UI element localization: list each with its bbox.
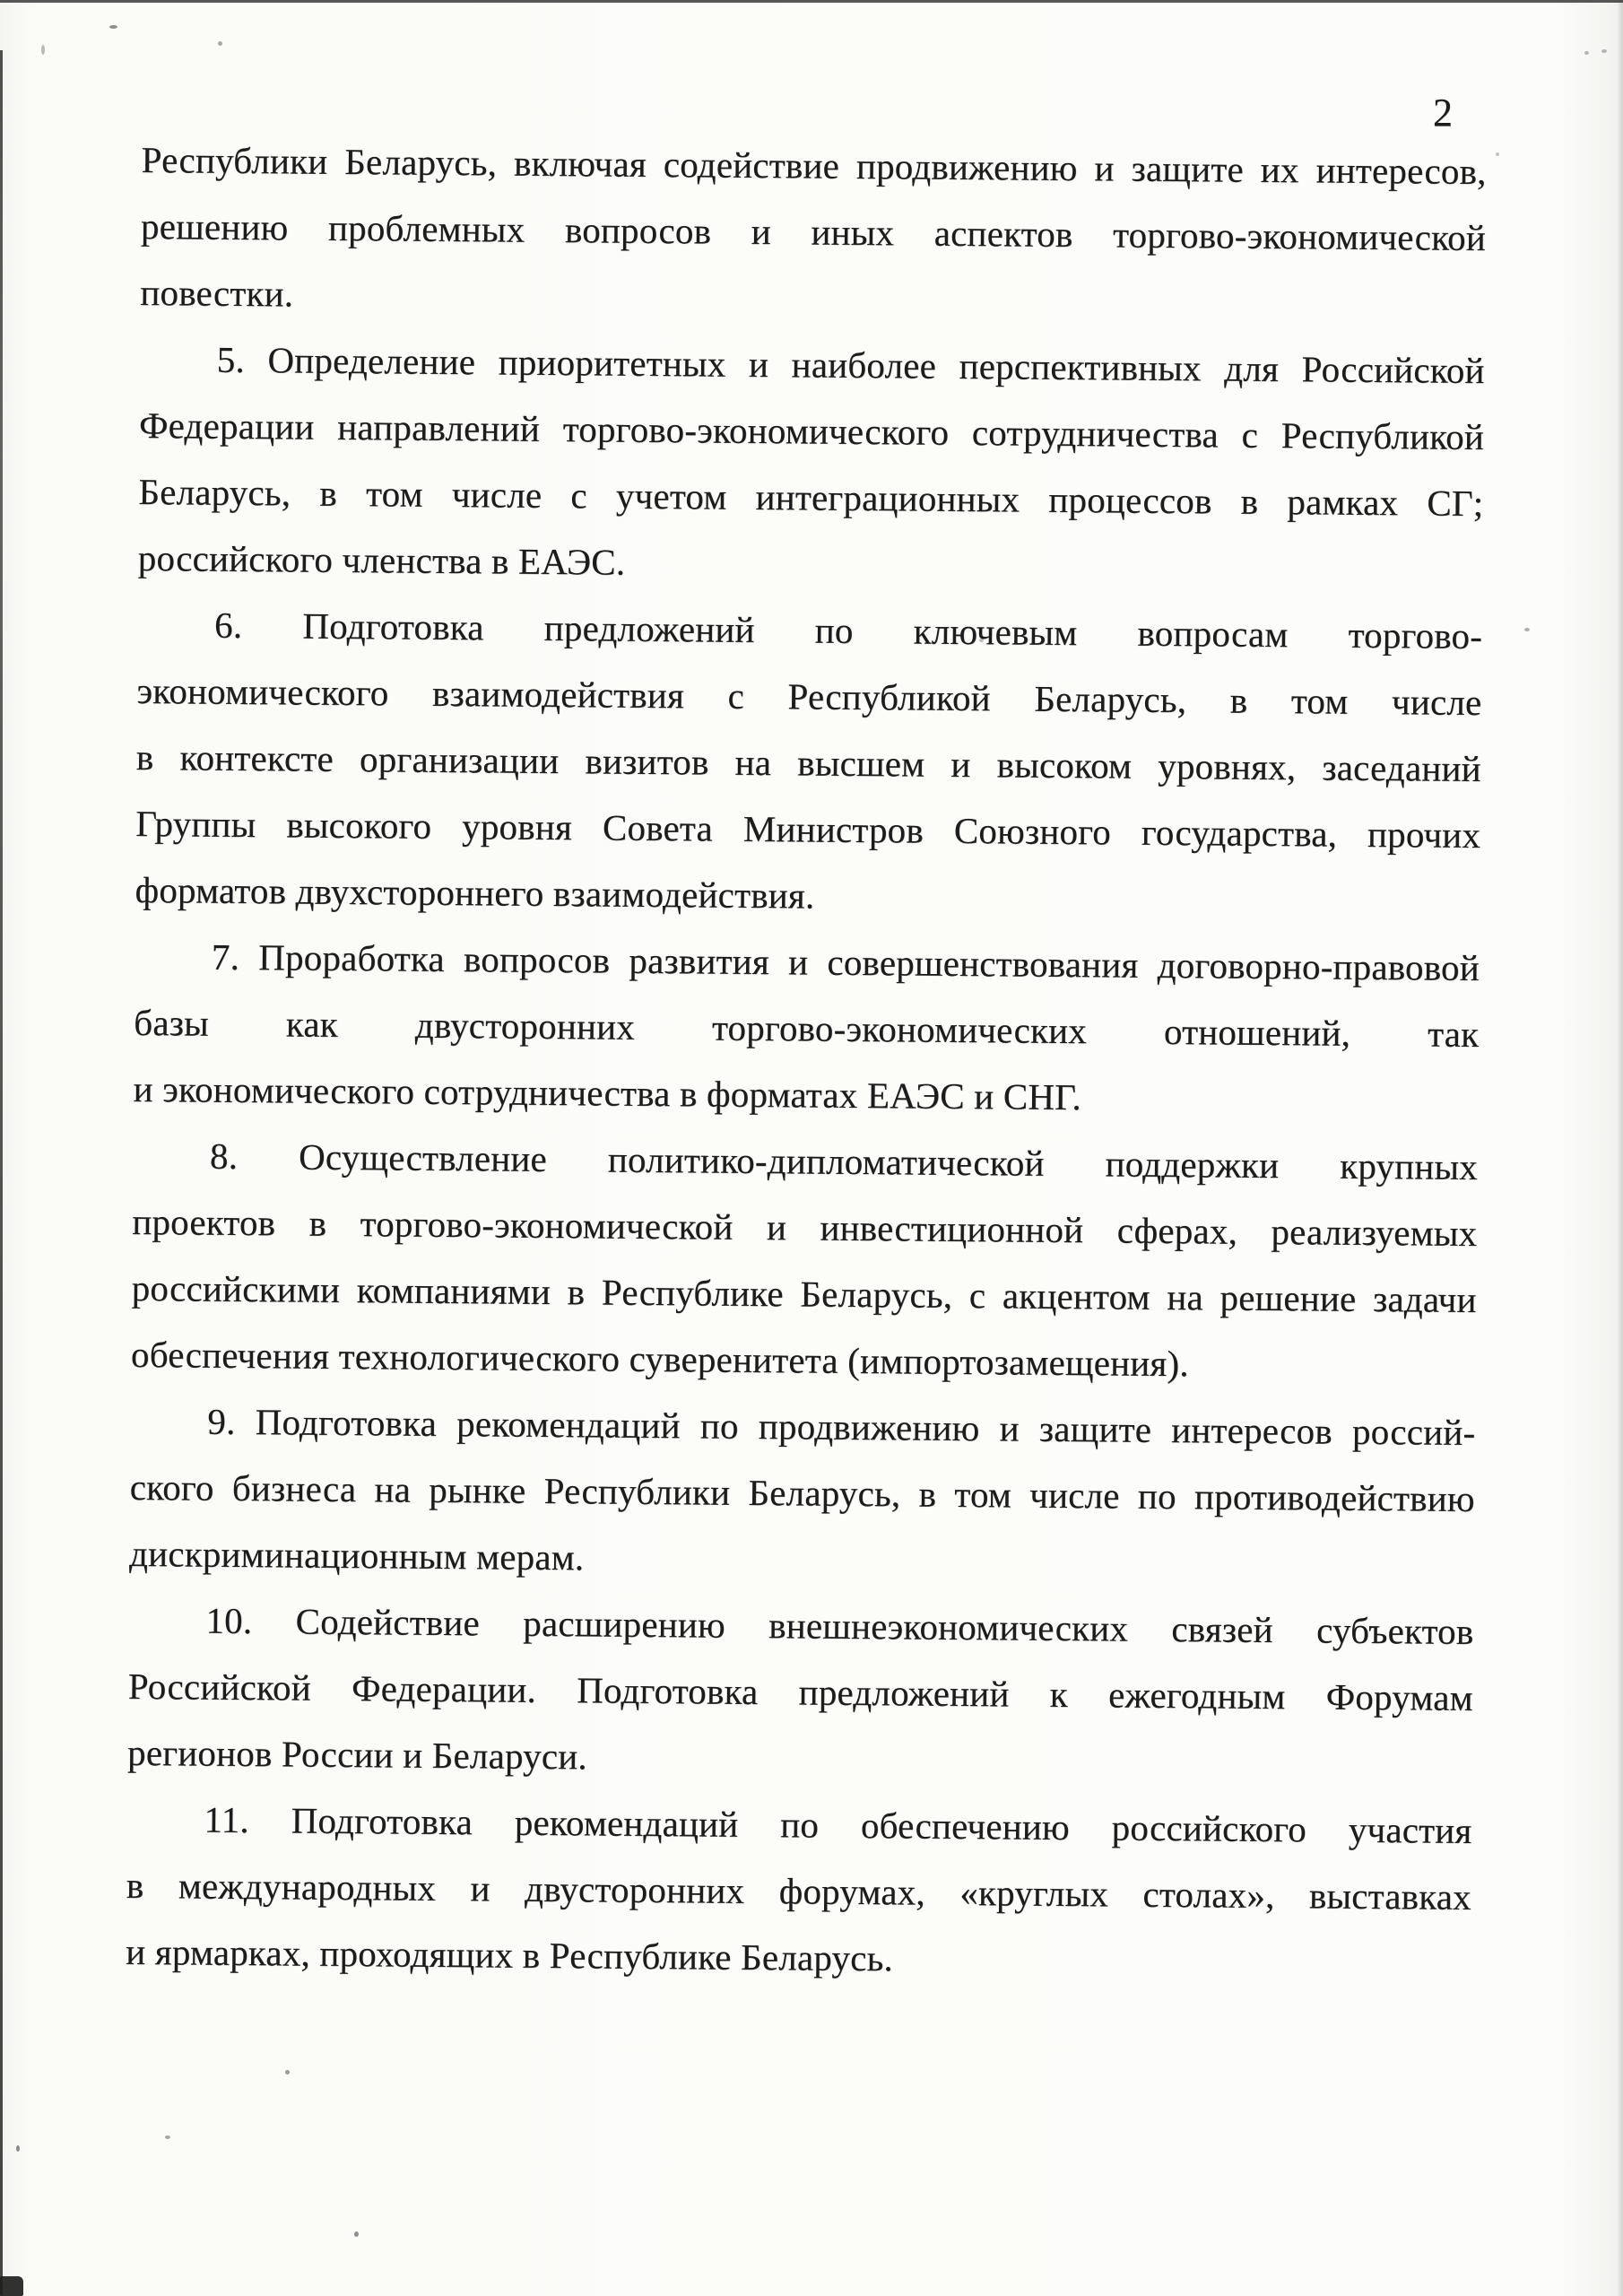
text-line: регионов России и Беларуси. [127, 1719, 1473, 1797]
text-line: и экономического сотрудничества в формат… [133, 1056, 1479, 1134]
paper-speck [1584, 51, 1589, 55]
paper-speck [16, 2145, 20, 2152]
text-line: Беларусь, в том числе с учетом интеграци… [138, 458, 1484, 536]
paragraph: 6. Подготовка предложений по ключевым во… [135, 591, 1482, 935]
scan-corner-blob [0, 2276, 23, 2296]
scanned-document-page: 2 Республики Беларусь, включая содействи… [0, 0, 1623, 2296]
text-line: повестки. [140, 259, 1486, 337]
text-line: 6. Подготовка предложений по ключевым во… [137, 591, 1483, 669]
scan-right-edge-shadow [1617, 0, 1623, 2296]
paper-speck [41, 45, 45, 55]
text-line: проектов в торгово-экономической и инвес… [132, 1188, 1478, 1266]
scan-top-edge-line [0, 0, 1623, 3]
paragraph: 11. Подготовка рекомендаций по обеспечен… [126, 1786, 1472, 1996]
text-line: Группы высокого уровня Совета Министров … [135, 790, 1481, 868]
paper-speck [1524, 628, 1530, 631]
text-line: 10. Содействие расширению внешнеэкономич… [128, 1587, 1474, 1665]
text-line: Республики Беларусь, включая содействие … [141, 126, 1487, 204]
paper-speck [165, 2135, 170, 2139]
text-line: решению проблемных вопросов и иных аспек… [141, 193, 1487, 271]
paragraph: 10. Содействие расширению внешнеэкономич… [127, 1587, 1474, 1797]
paragraph: 5. Определение приоритетных и наиболее п… [137, 326, 1485, 603]
text-line: Российской Федерации. Подготовка предлож… [128, 1653, 1474, 1731]
text-line: российского членства в ЕАЭС. [137, 525, 1483, 603]
text-line: 9. Подготовка рекомендаций по продвижени… [130, 1387, 1476, 1465]
paragraph: 9. Подготовка рекомендаций по продвижени… [129, 1387, 1476, 1598]
paper-speck [354, 2231, 359, 2237]
page-number: 2 [1433, 91, 1453, 135]
text-line: обеспечения технологического суверенитет… [131, 1321, 1477, 1399]
text-line: и ярмарках, проходящих в Республике Бела… [126, 1918, 1471, 1996]
paragraph: 8. Осуществление политико-дипломатическо… [131, 1122, 1479, 1399]
paragraphs-container: Республики Беларусь, включая содействие … [126, 126, 1487, 1996]
text-line: базы как двусторонних торгово-экономичес… [134, 989, 1480, 1067]
text-line: 8. Осуществление политико-дипломатическо… [133, 1122, 1479, 1200]
scan-left-edge-line [0, 50, 3, 2296]
paper-speck [1601, 49, 1607, 53]
text-line: Федерации направлений торгово-экономичес… [139, 392, 1485, 470]
text-line: 5. Определение приоритетных и наиболее п… [139, 326, 1485, 404]
text-line: форматов двухстороннего взаимодействия. [135, 857, 1480, 935]
text-line: российскими компаниями в Республике Бела… [131, 1255, 1477, 1333]
text-line: экономического взаимодействия с Республи… [136, 657, 1482, 735]
text-line: ского бизнеса на рынке Республики Белару… [129, 1454, 1475, 1532]
text-line: 11. Подготовка рекомендаций по обеспечен… [126, 1786, 1472, 1864]
text-line: 7. Проработка вопросов развития и соверш… [135, 923, 1480, 1001]
text-line: дискриминационным мерам. [129, 1520, 1475, 1598]
text-line: в международных и двусторонних форумах, … [126, 1852, 1472, 1930]
paper-speck [285, 2070, 290, 2074]
paper-speck [109, 25, 117, 29]
paragraph: 7. Проработка вопросов развития и соверш… [133, 923, 1480, 1134]
paper-speck [218, 41, 222, 46]
document-text-block: Республики Беларусь, включая содействие … [126, 126, 1487, 1996]
text-line: в контексте организации визитов на высше… [136, 724, 1482, 802]
paper-speck [1496, 152, 1499, 156]
paragraph: Республики Беларусь, включая содействие … [140, 126, 1487, 337]
